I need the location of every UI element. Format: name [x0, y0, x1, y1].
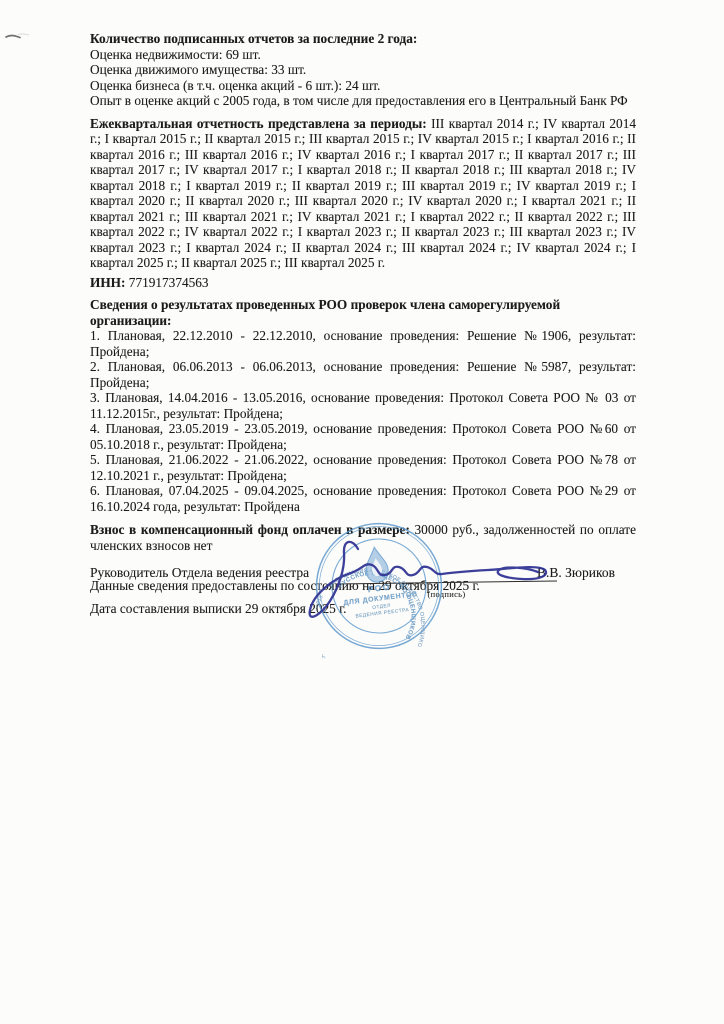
checks-heading: Сведения о результатах проведенных РОО п… — [90, 297, 636, 328]
inn-line: ИНН: 771917374563 — [90, 275, 636, 291]
check-item-1: 1. Плановая, 22.12.2010 - 22.12.2010, ос… — [90, 328, 636, 359]
signatory-role: Руководитель Отдела ведения реестра — [90, 565, 309, 581]
report-line-real-estate: Оценка недвижимости: 69 шт. — [90, 47, 636, 63]
quarterly-reporting-paragraph: Ежеквартальная отчетность представлена з… — [90, 116, 636, 271]
inn-label: ИНН: — [90, 275, 125, 290]
signed-reports-section: Количество подписанных отчетов за послед… — [90, 31, 636, 109]
scanned-document-page: Количество подписанных отчетов за послед… — [0, 0, 724, 1024]
report-line-movable: Оценка движимого имущества: 33 шт. — [90, 62, 636, 78]
check-item-3: 3. Плановая, 14.04.2016 - 13.05.2016, ос… — [90, 390, 636, 421]
check-item-4: 4. Плановая, 23.05.2019 - 23.05.2019, ос… — [90, 421, 636, 452]
inn-value: 771917374563 — [125, 275, 208, 290]
report-line-experience: Опыт в оценке акций с 2005 года, в том ч… — [90, 93, 636, 109]
reports-heading: Количество подписанных отчетов за послед… — [90, 31, 636, 47]
handwritten-signature — [298, 533, 568, 633]
check-item-6: 6. Плановая, 07.04.2025 - 09.04.2025, ос… — [90, 483, 636, 514]
check-item-5: 5. Плановая, 21.06.2022 - 21.06.2022, ос… — [90, 452, 636, 483]
report-line-business: Оценка бизнеса (в т.ч. оценка акций - 6 … — [90, 78, 636, 94]
check-item-2: 2. Плановая, 06.06.2013 - 06.06.2013, ос… — [90, 359, 636, 390]
pen-mark — [4, 28, 34, 44]
quarterly-label: Ежеквартальная отчетность представлена з… — [90, 116, 427, 131]
quarterly-periods: III квартал 2014 г.; IV квартал 2014 г.;… — [90, 116, 636, 271]
